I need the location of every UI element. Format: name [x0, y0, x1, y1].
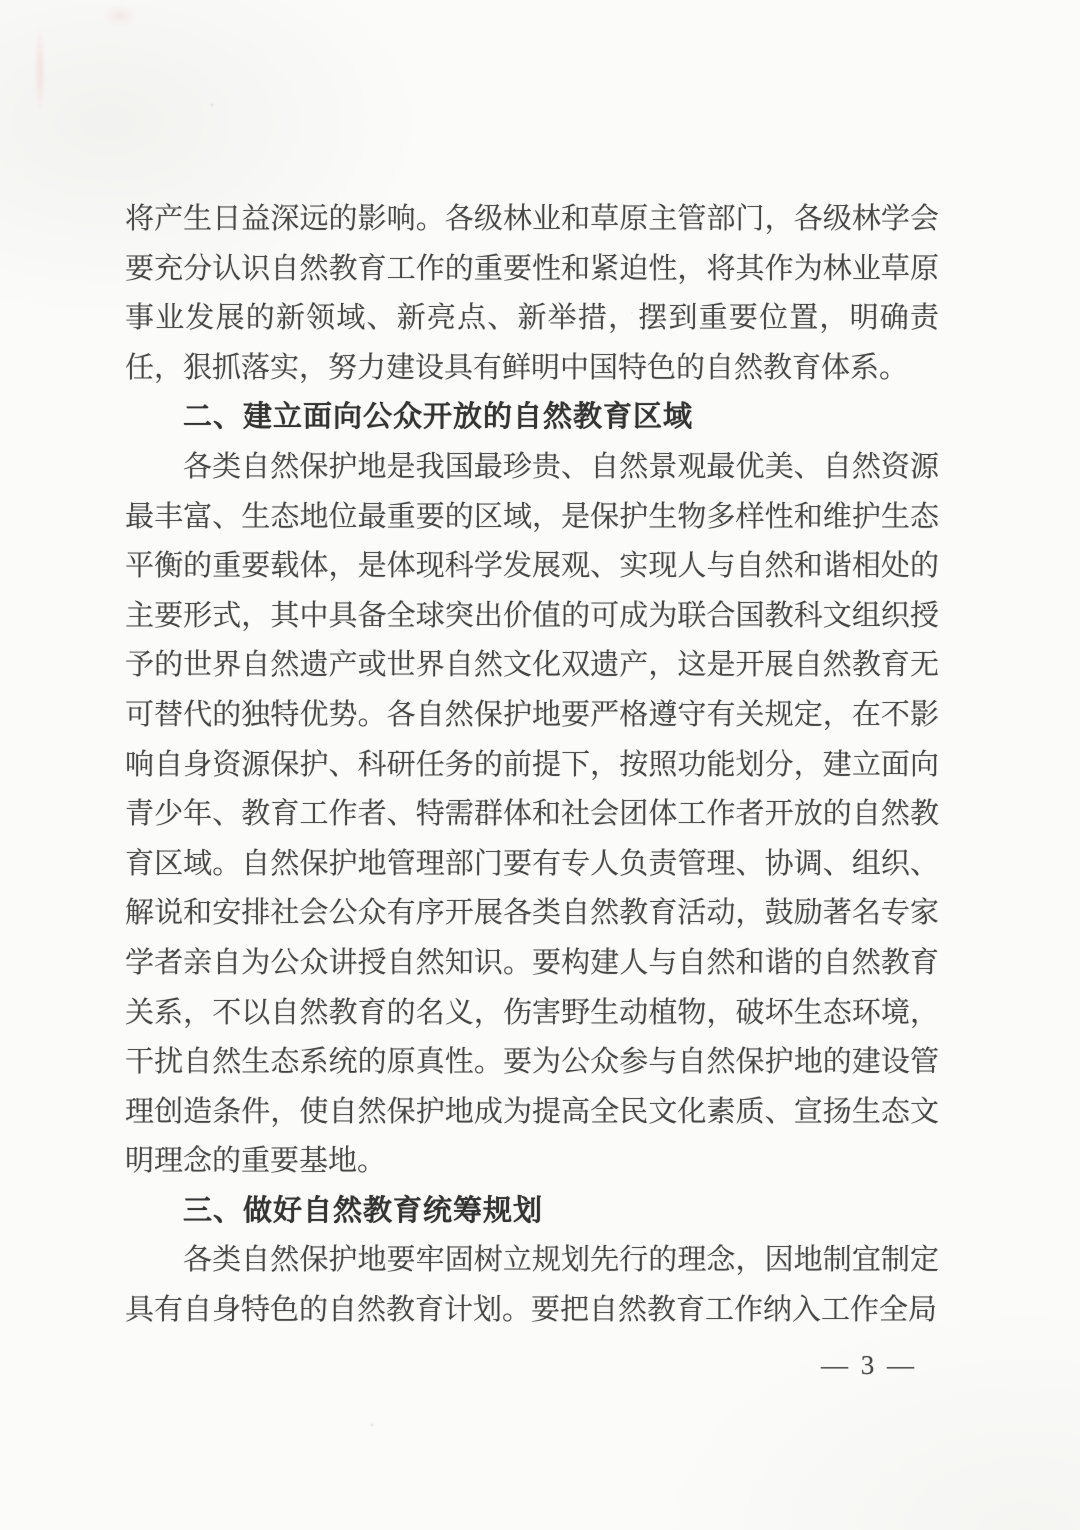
- section-heading-2: 二、建立面向公众开放的自然教育区域: [125, 393, 939, 443]
- document-text-block: 将产生日益深远的影响。各级林业和草原主管部门，各级林学会要充分认识自然教育工作的…: [125, 195, 939, 1336]
- paragraph-section-3: 各类自然保护地要牢固树立规划先行的理念，因地制宜制定具有自身特色的自然教育计划。…: [125, 1236, 939, 1335]
- section-heading-3: 三、做好自然教育统筹规划: [125, 1187, 939, 1237]
- page-number: — 3 —: [821, 1350, 917, 1381]
- paragraph-section-2: 各类自然保护地是我国最珍贵、自然景观最优美、自然资源最丰富、生态地位最重要的区域…: [125, 443, 939, 1187]
- paragraph-continuation: 将产生日益深远的影响。各级林业和草原主管部门，各级林学会要充分认识自然教育工作的…: [125, 195, 939, 393]
- scanned-document-page: 将产生日益深远的影响。各级林业和草原主管部门，各级林学会要充分认识自然教育工作的…: [0, 0, 1080, 1530]
